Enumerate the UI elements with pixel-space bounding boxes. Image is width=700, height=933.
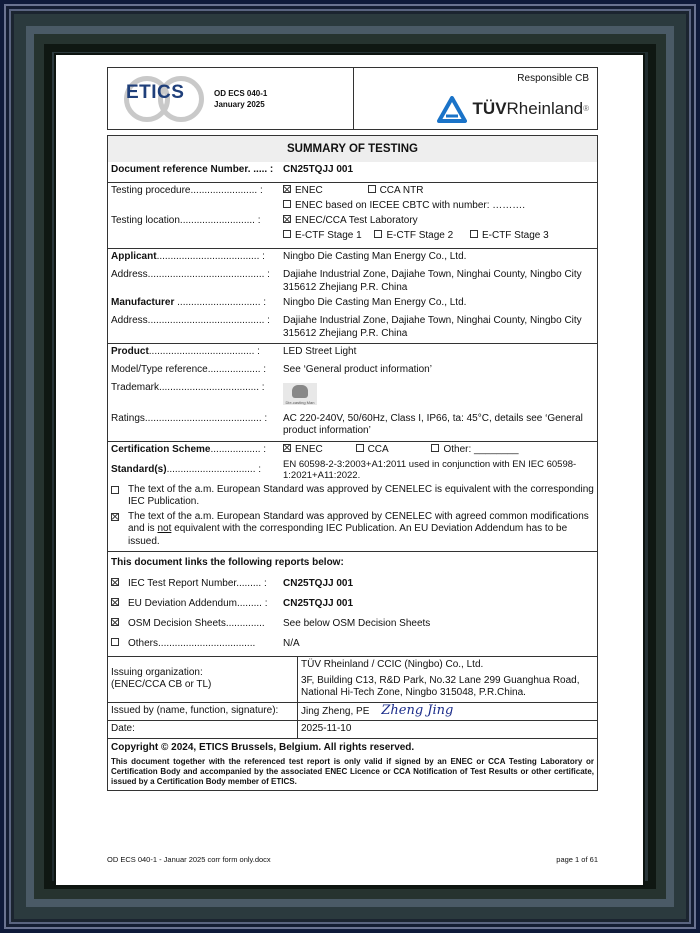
checkbox-checked-icon[interactable] xyxy=(111,578,119,586)
issued-by-value: Jing Zheng, PEZheng Jing xyxy=(298,702,598,721)
checkbox-checked-icon[interactable] xyxy=(283,444,291,452)
form-title: SUMMARY OF TESTING xyxy=(107,135,598,162)
copyright-line: Copyright © 2024, ETICS Brussels, Belgiu… xyxy=(111,742,594,755)
checkbox-icon[interactable] xyxy=(431,444,439,452)
checkbox-checked-icon[interactable] xyxy=(111,513,119,521)
doc-code-text: OD ECS 040-1 xyxy=(214,88,267,99)
reference-section: Document reference Number. ..... : CN25T… xyxy=(107,162,598,183)
summary-form: ETICS OD ECS 040-1 January 2025 Responsi… xyxy=(107,67,598,791)
scheme-option-enec[interactable]: ENEC xyxy=(283,444,323,457)
ratings-value: AC 220-240V, 50/60Hz, Class I, IP66, ta:… xyxy=(283,413,594,438)
procedure-option-enec[interactable]: ENEC xyxy=(283,185,323,198)
responsible-cb-label: Responsible CB xyxy=(517,73,589,86)
location-option-lab[interactable]: ENEC/CCA Test Laboratory xyxy=(283,215,418,228)
doc-date-text: January 2025 xyxy=(214,99,267,110)
certification-section: Certification Scheme.................. :… xyxy=(107,442,598,553)
validity-notice: This document together with the referenc… xyxy=(111,757,594,787)
standards-value: EN 60598-2-3:2003+A1:2011 used in conjun… xyxy=(283,459,594,482)
testing-location-label: Testing location........................… xyxy=(111,215,283,228)
checkbox-icon[interactable] xyxy=(368,185,376,193)
equivalence-option-not-equivalent[interactable]: The text of the a.m. European Standard w… xyxy=(111,511,594,549)
page-footer: OD ECS 040-1 - Januar 2025 corr form onl… xyxy=(107,855,598,864)
reference-label: Document reference Number. ..... : xyxy=(111,164,283,177)
tuv-triangle-icon xyxy=(437,96,467,123)
checkbox-icon[interactable] xyxy=(470,230,478,238)
location-option-ectf-3[interactable]: E-CTF Stage 3 xyxy=(470,230,549,243)
trademark-logo: Die-casting Man xyxy=(283,383,317,405)
product-label: Product.................................… xyxy=(111,346,283,359)
product-value: LED Street Light xyxy=(283,346,594,359)
trademark-label: Trademark...............................… xyxy=(111,382,283,395)
date-value: 2025-11-10 xyxy=(298,721,598,739)
etics-logo: ETICS xyxy=(122,74,208,124)
applicant-address-label: Address.................................… xyxy=(111,269,283,282)
manufacturer-address: Dajiahe Industrial Zone, Dajiahe Town, N… xyxy=(283,315,594,340)
linked-report-iec[interactable]: IEC Test Report Number......... : CN25TQ… xyxy=(111,578,594,593)
footer-page-number: page 1 of 61 xyxy=(556,855,598,864)
checkbox-checked-icon[interactable] xyxy=(111,598,119,606)
checkbox-icon[interactable] xyxy=(356,444,364,452)
location-option-ectf-2[interactable]: E-CTF Stage 2 xyxy=(374,230,453,243)
standards-label: Standard(s).............................… xyxy=(111,464,283,477)
linked-reports-section: This document links the following report… xyxy=(107,552,598,657)
etics-wordmark: ETICS xyxy=(126,87,184,100)
checkbox-icon[interactable] xyxy=(111,486,119,494)
etics-block: ETICS OD ECS 040-1 January 2025 xyxy=(108,68,354,129)
signature: Zheng Jing xyxy=(381,703,453,718)
cb-block: Responsible CB TÜVRheinland® xyxy=(354,68,597,129)
checkbox-checked-icon[interactable] xyxy=(283,185,291,193)
procedure-option-iecee[interactable]: ENEC based on IECEE CBTC with number: ……… xyxy=(283,200,525,213)
testing-section: Testing procedure.......................… xyxy=(107,183,598,249)
checkbox-checked-icon[interactable] xyxy=(111,618,119,626)
checkbox-checked-icon[interactable] xyxy=(283,215,291,223)
scheme-option-cca[interactable]: CCA xyxy=(356,444,389,457)
issued-by-label: Issued by (name, function, signature): xyxy=(108,702,298,721)
issuing-org-label: Issuing organization: (ENEC/CCA CB or TL… xyxy=(108,657,298,702)
manufacturer-value: Ningbo Die Casting Man Energy Co., Ltd. xyxy=(283,297,594,310)
issuing-table: Issuing organization: (ENEC/CCA CB or TL… xyxy=(107,657,598,739)
location-option-ectf-1[interactable]: E-CTF Stage 1 xyxy=(283,230,362,243)
tuv-wordmark: TÜVRheinland® xyxy=(473,103,589,116)
footer-filename: OD ECS 040-1 - Januar 2025 corr form onl… xyxy=(107,855,271,864)
form-header: ETICS OD ECS 040-1 January 2025 Responsi… xyxy=(107,67,598,130)
issuing-org-value: TÜV Rheinland / CCIC (Ningbo) Co., Ltd. … xyxy=(298,657,598,702)
equivalence-option-equivalent[interactable]: The text of the a.m. European Standard w… xyxy=(111,484,594,509)
document-page: ETICS OD ECS 040-1 January 2025 Responsi… xyxy=(56,55,643,885)
testing-procedure-label: Testing procedure.......................… xyxy=(111,185,283,198)
tuv-logo: TÜVRheinland® xyxy=(437,96,589,123)
date-label: Date: xyxy=(108,721,298,739)
applicant-label: Applicant...............................… xyxy=(111,251,283,264)
parties-section: Applicant...............................… xyxy=(107,249,598,344)
manufacturer-address-label: Address.................................… xyxy=(111,315,283,328)
copyright-section: Copyright © 2024, ETICS Brussels, Belgiu… xyxy=(107,739,598,792)
checkbox-icon[interactable] xyxy=(111,638,119,646)
applicant-value: Ningbo Die Casting Man Energy Co., Ltd. xyxy=(283,251,594,264)
linked-report-osm[interactable]: OSM Decision Sheets.............. See be… xyxy=(111,618,594,633)
strongman-icon xyxy=(292,385,308,398)
linked-reports-heading: This document links the following report… xyxy=(111,557,594,572)
scheme-label: Certification Scheme.................. : xyxy=(111,444,283,457)
linked-report-eu-deviation[interactable]: EU Deviation Addendum......... : CN25TQJ… xyxy=(111,598,594,613)
product-section: Product.................................… xyxy=(107,344,598,442)
manufacturer-label: Manufacturer ...........................… xyxy=(111,297,283,310)
model-value: See ‘General product information’ xyxy=(283,364,594,377)
document-code: OD ECS 040-1 January 2025 xyxy=(214,88,267,110)
checkbox-icon[interactable] xyxy=(283,230,291,238)
model-label: Model/Type reference................... … xyxy=(111,364,283,377)
ratings-label: Ratings.................................… xyxy=(111,413,283,426)
reference-value: CN25TQJJ 001 xyxy=(283,164,594,177)
checkbox-icon[interactable] xyxy=(283,200,291,208)
scheme-option-other[interactable]: Other: ________ xyxy=(431,444,518,457)
linked-report-others[interactable]: Others..................................… xyxy=(111,638,594,653)
applicant-address: Dajiahe Industrial Zone, Dajiahe Town, N… xyxy=(283,269,594,294)
procedure-option-cca-ntr[interactable]: CCA NTR xyxy=(368,185,424,198)
checkbox-icon[interactable] xyxy=(374,230,382,238)
